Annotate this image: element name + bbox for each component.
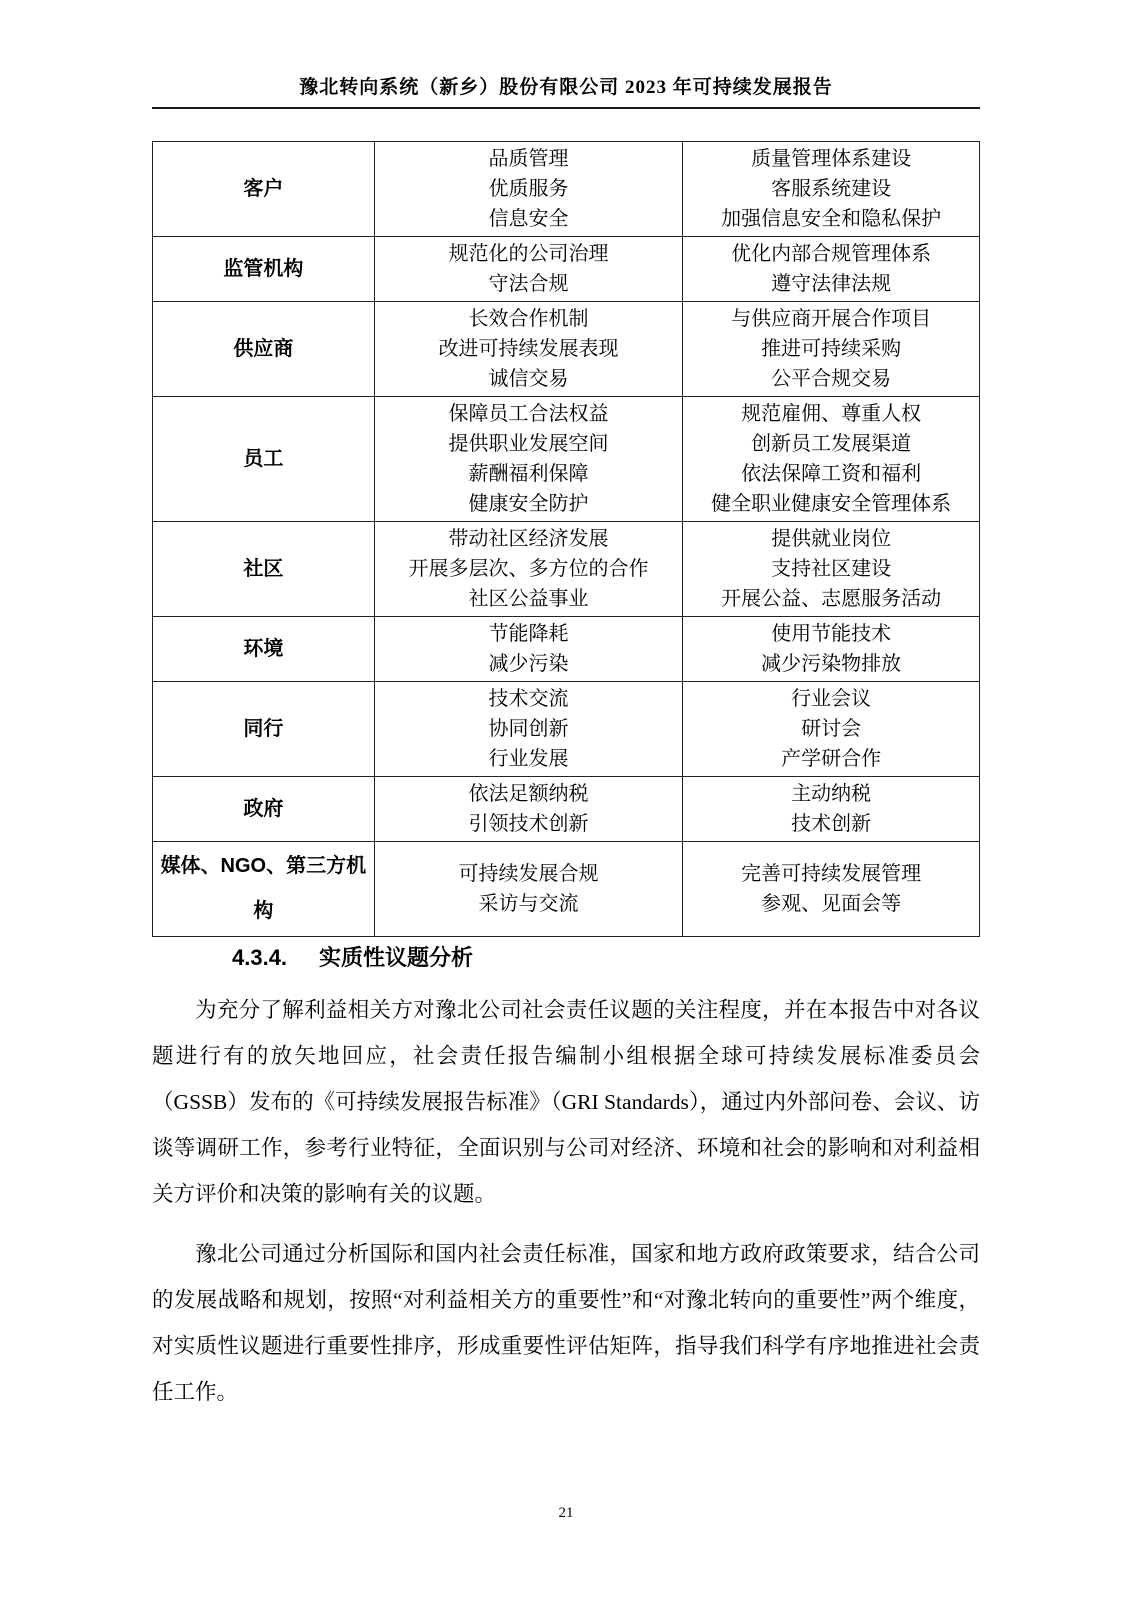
expectation-cell: 品质管理优质服务信息安全 xyxy=(374,142,683,237)
cell-line: 健康安全防护 xyxy=(381,489,677,519)
cell-line: 参观、见面会等 xyxy=(689,889,973,919)
cell-line: 支持社区建设 xyxy=(689,554,973,584)
cell-line: 技术交流 xyxy=(381,684,677,714)
table-row: 媒体、NGO、第三方机构可持续发展合规采访与交流完善可持续发展管理参观、见面会等 xyxy=(153,842,980,937)
stakeholder-cell: 同行 xyxy=(153,682,375,777)
cell-line: 薪酬福利保障 xyxy=(381,459,677,489)
table-row: 供应商长效合作机制改进可持续发展表现诚信交易与供应商开展合作项目推进可持续采购公… xyxy=(153,302,980,397)
stakeholder-cell: 客户 xyxy=(153,142,375,237)
cell-line: 开展公益、志愿服务活动 xyxy=(689,584,973,614)
cell-line: 依法保障工资和福利 xyxy=(689,459,973,489)
cell-line: 节能降耗 xyxy=(381,619,677,649)
cell-line: 研讨会 xyxy=(689,714,973,744)
expectation-cell: 可持续发展合规采访与交流 xyxy=(374,842,683,937)
page-content: 豫北转向系统（新乡）股份有限公司 2023 年可持续发展报告 客户品质管理优质服… xyxy=(152,0,980,1415)
response-cell: 与供应商开展合作项目推进可持续采购公平合规交易 xyxy=(683,302,980,397)
table-row: 监管机构规范化的公司治理守法合规优化内部合规管理体系遵守法律法规 xyxy=(153,237,980,302)
cell-line: 开展多层次、多方位的合作 xyxy=(381,554,677,584)
table-row: 环境节能降耗减少污染使用节能技术减少污染物排放 xyxy=(153,617,980,682)
cell-line: 产学研合作 xyxy=(689,744,973,774)
table-row: 社区带动社区经济发展开展多层次、多方位的合作社区公益事业提供就业岗位支持社区建设… xyxy=(153,522,980,617)
cell-line: 使用节能技术 xyxy=(689,619,973,649)
stakeholder-cell: 政府 xyxy=(153,777,375,842)
cell-line: 推进可持续采购 xyxy=(689,334,973,364)
cell-line: 规范雇佣、尊重人权 xyxy=(689,399,973,429)
response-cell: 主动纳税技术创新 xyxy=(683,777,980,842)
stakeholder-cell: 监管机构 xyxy=(153,237,375,302)
expectation-cell: 规范化的公司治理守法合规 xyxy=(374,237,683,302)
cell-line: 长效合作机制 xyxy=(381,304,677,334)
response-cell: 完善可持续发展管理参观、见面会等 xyxy=(683,842,980,937)
cell-line: 减少污染物排放 xyxy=(689,649,973,679)
cell-line: 客服系统建设 xyxy=(689,174,973,204)
cell-line: 公平合规交易 xyxy=(689,364,973,394)
header-rule xyxy=(152,107,980,109)
cell-line: 减少污染 xyxy=(381,649,677,679)
stakeholder-cell: 员工 xyxy=(153,397,375,522)
cell-line: 质量管理体系建设 xyxy=(689,144,973,174)
section-heading: 4.3.4.实质性议题分析 xyxy=(152,943,980,973)
paragraph-materiality-intro: 为充分了解利益相关方对豫北公司社会责任议题的关注程度，并在本报告中对各议题进行有… xyxy=(152,987,980,1217)
response-cell: 使用节能技术减少污染物排放 xyxy=(683,617,980,682)
cell-line: 社区公益事业 xyxy=(381,584,677,614)
response-cell: 规范雇佣、尊重人权创新员工发展渠道依法保障工资和福利健全职业健康安全管理体系 xyxy=(683,397,980,522)
response-cell: 行业会议研讨会产学研合作 xyxy=(683,682,980,777)
cell-line: 遵守法律法规 xyxy=(689,269,973,299)
expectation-cell: 技术交流协同创新行业发展 xyxy=(374,682,683,777)
response-cell: 质量管理体系建设客服系统建设加强信息安全和隐私保护 xyxy=(683,142,980,237)
cell-line: 改进可持续发展表现 xyxy=(381,334,677,364)
expectation-cell: 节能降耗减少污染 xyxy=(374,617,683,682)
cell-line: 引领技术创新 xyxy=(381,809,677,839)
response-cell: 优化内部合规管理体系遵守法律法规 xyxy=(683,237,980,302)
cell-line: 带动社区经济发展 xyxy=(381,524,677,554)
table-row: 政府依法足额纳税引领技术创新主动纳税技术创新 xyxy=(153,777,980,842)
stakeholder-cell: 媒体、NGO、第三方机构 xyxy=(153,842,375,937)
stakeholder-cell: 供应商 xyxy=(153,302,375,397)
cell-line: 依法足额纳税 xyxy=(381,779,677,809)
cell-line: 完善可持续发展管理 xyxy=(689,859,973,889)
report-header-title: 豫北转向系统（新乡）股份有限公司 2023 年可持续发展报告 xyxy=(152,0,980,99)
cell-line: 健全职业健康安全管理体系 xyxy=(689,489,973,519)
cell-line: 保障员工合法权益 xyxy=(381,399,677,429)
cell-line: 规范化的公司治理 xyxy=(381,239,677,269)
section-number: 4.3.4. xyxy=(232,945,287,970)
cell-line: 优化内部合规管理体系 xyxy=(689,239,973,269)
cell-line: 品质管理 xyxy=(381,144,677,174)
expectation-cell: 保障员工合法权益提供职业发展空间薪酬福利保障健康安全防护 xyxy=(374,397,683,522)
table-row: 同行技术交流协同创新行业发展行业会议研讨会产学研合作 xyxy=(153,682,980,777)
cell-line: 创新员工发展渠道 xyxy=(689,429,973,459)
table-row: 员工保障员工合法权益提供职业发展空间薪酬福利保障健康安全防护规范雇佣、尊重人权创… xyxy=(153,397,980,522)
stakeholder-table: 客户品质管理优质服务信息安全质量管理体系建设客服系统建设加强信息安全和隐私保护监… xyxy=(152,141,980,937)
cell-line: 加强信息安全和隐私保护 xyxy=(689,204,973,234)
expectation-cell: 依法足额纳税引领技术创新 xyxy=(374,777,683,842)
report-page: 豫北转向系统（新乡）股份有限公司 2023 年可持续发展报告 客户品质管理优质服… xyxy=(0,0,1132,1600)
section-title: 实质性议题分析 xyxy=(319,945,473,970)
stakeholder-cell: 环境 xyxy=(153,617,375,682)
cell-line: 优质服务 xyxy=(381,174,677,204)
cell-line: 主动纳税 xyxy=(689,779,973,809)
expectation-cell: 长效合作机制改进可持续发展表现诚信交易 xyxy=(374,302,683,397)
cell-line: 行业会议 xyxy=(689,684,973,714)
stakeholder-cell: 社区 xyxy=(153,522,375,617)
cell-line: 诚信交易 xyxy=(381,364,677,394)
cell-line: 采访与交流 xyxy=(381,889,677,919)
cell-line: 信息安全 xyxy=(381,204,677,234)
cell-line: 守法合规 xyxy=(381,269,677,299)
cell-line: 行业发展 xyxy=(381,744,677,774)
response-cell: 提供就业岗位支持社区建设开展公益、志愿服务活动 xyxy=(683,522,980,617)
cell-line: 提供职业发展空间 xyxy=(381,429,677,459)
cell-line: 技术创新 xyxy=(689,809,973,839)
paragraph-materiality-matrix: 豫北公司通过分析国际和国内社会责任标准，国家和地方政府政策要求，结合公司的发展战… xyxy=(152,1231,980,1415)
expectation-cell: 带动社区经济发展开展多层次、多方位的合作社区公益事业 xyxy=(374,522,683,617)
cell-line: 与供应商开展合作项目 xyxy=(689,304,973,334)
table-row: 客户品质管理优质服务信息安全质量管理体系建设客服系统建设加强信息安全和隐私保护 xyxy=(153,142,980,237)
cell-line: 可持续发展合规 xyxy=(381,859,677,889)
page-number: 21 xyxy=(0,1505,1132,1522)
cell-line: 协同创新 xyxy=(381,714,677,744)
cell-line: 提供就业岗位 xyxy=(689,524,973,554)
